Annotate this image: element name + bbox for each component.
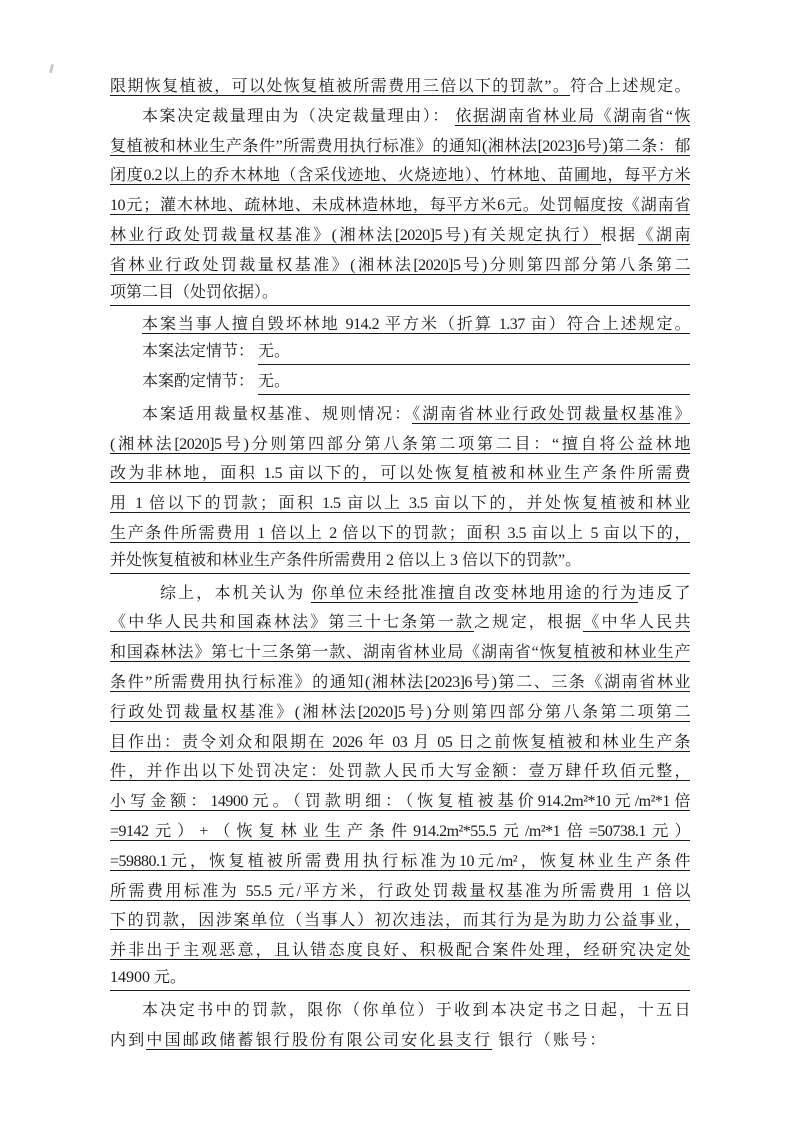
blank-underline-filler bbox=[290, 370, 690, 395]
underlined-text-segment: 下的罚款，因涉案单位（当事人）初次违法，而其行为是为助力公益事业， bbox=[110, 912, 690, 930]
text-line-33: 内到中国邮政储蓄银行股份有限公司安化县支行 银行（账号： bbox=[110, 1026, 690, 1056]
blank-underline-filler bbox=[581, 549, 690, 574]
underlined-text-segment: 《中华人民共 bbox=[583, 614, 690, 632]
text-line-25: 小写金额：14900元。（罚款明细：（恢复植被基价914.2m²*10元/m²*… bbox=[110, 787, 690, 817]
text-segment: 根据 bbox=[601, 227, 638, 244]
underlined-text-segment: 生产条件所需费用 1 倍以上 2 倍以下的罚款；面积 3.5 亩以上 5 亩以下… bbox=[110, 525, 690, 543]
underlined-text-segment: 本案当事人擅自毁坏林地 914.2 平方米（折算 1.37 亩）符合上述规定。 bbox=[142, 316, 690, 334]
underlined-text-segment: =59880.1元，恢复植被所需费用执行标准为10元/m²，恢复林业生产条件 bbox=[110, 853, 690, 871]
text-line-3: 复植被和林业生产条件”所需费用执行标准》的通知(湘林法[2023]6号)第二条：… bbox=[110, 132, 690, 162]
underlined-text-segment: =9142元）+（恢复林业生产条件914.2m²*55.5元/m²*1倍=507… bbox=[110, 823, 690, 841]
text-line-7: 省林业行政处罚裁量权基准》(湘林法[2020]5号)分则第四部分第八条第二 bbox=[110, 251, 690, 281]
underlined-text-segment: 行政处罚裁量权基准》(湘林法[2020]5号)分则第四部分第八条第二项第二 bbox=[110, 704, 690, 722]
underlined-text-segment: 《湖南省林业行政处罚裁量权基准》 bbox=[412, 406, 690, 424]
text-line-29: 下的罚款，因涉案单位（当事人）初次违法，而其行为是为助力公益事业， bbox=[110, 906, 690, 936]
text-segment: 符合上述规定。 bbox=[570, 78, 690, 95]
blank-underline-filler bbox=[186, 966, 690, 991]
text-segment: 本决定书中的罚款，限你（你单位）于收到本决定书之日起，十五日 bbox=[142, 1002, 690, 1019]
text-line-15: 用 1 倍以下的罚款；面积 1.5 亩以上 3.5 亩以下的，并处恢复植被和林业 bbox=[110, 489, 690, 519]
text-line-2: 本案决定裁量理由为（决定裁量理由）： 依据湖南省林业局《湖南省“恢 bbox=[110, 102, 690, 132]
underlined-text-segment: 闭度0.2以上的乔木林地（含采伐迹地、火烧迹地）、竹林地、苗圃地，每平方米 bbox=[110, 167, 690, 185]
text-line-8: 项第二目（处罚依据）。 bbox=[110, 281, 690, 311]
text-segment: 本案决定裁量理由为（决定裁量理由）： bbox=[142, 108, 455, 125]
underlined-text-segment: 省林业行政处罚裁量权基准》(湘林法[2020]5号)分则第四部分第八条第二 bbox=[110, 257, 690, 275]
text-line-27: =59880.1元，恢复植被所需费用执行标准为10元/m²，恢复林业生产条件 bbox=[110, 847, 690, 877]
text-segment: 违反了 bbox=[638, 585, 690, 602]
underlined-text-segment: 目作出：责令刘众和限期在 2026 年 03 月 05 日之前恢复植被和林业生产… bbox=[110, 734, 690, 752]
text-line-24: 件，并作出以下处罚决定：处罚款人民币大写金额：壹万肆仟玖佰元整， bbox=[110, 757, 690, 787]
text-line-16: 生产条件所需费用 1 倍以上 2 倍以下的罚款；面积 3.5 亩以上 5 亩以下… bbox=[110, 519, 690, 549]
underlined-text-segment: 改为非林地，面积 1.5 亩以下的，可以处恢复植被和林业生产条件所需费 bbox=[110, 465, 690, 483]
underlined-text-segment: 项第二目（处罚依据）。 bbox=[110, 281, 278, 306]
text-line-23: 目作出：责令刘众和限期在 2026 年 03 月 05 日之前恢复植被和林业生产… bbox=[110, 728, 690, 758]
underlined-text-segment: 中国邮政储蓄银行股份有限公司安化县支行 bbox=[146, 1032, 492, 1050]
text-segment: 综上，本机关认为 bbox=[160, 585, 311, 602]
text-segment: 本案酌定情节： bbox=[142, 370, 258, 394]
text-line-22: 行政处罚裁量权基准》(湘林法[2020]5号)分则第四部分第八条第二项第二 bbox=[110, 698, 690, 728]
text-line-20: 和国森林法》第七十三条第一款、湖南省林业局《湖南省“恢复植被和林业生产 bbox=[110, 638, 690, 668]
text-line-31: 14900 元。 bbox=[110, 966, 690, 996]
text-line-26: =9142元）+（恢复林业生产条件914.2m²*55.5元/m²*1倍=507… bbox=[110, 817, 690, 847]
underlined-text-segment: 条件”所需费用执行标准》的通知(湘林法[2023]6号)第二、三条《湖南省林业 bbox=[110, 674, 690, 692]
text-line-19: 《中华人民共和国森林法》第三十七条第一款之规定，根据《中华人民共 bbox=[110, 608, 690, 638]
text-line-9: 本案当事人擅自毁坏林地 914.2 平方米（折算 1.37 亩）符合上述规定。 bbox=[110, 310, 690, 340]
blank-underline-filler bbox=[278, 281, 690, 306]
text-line-1: 限期恢复植被，可以处恢复植被所需费用三倍以下的罚款”。符合上述规定。 bbox=[110, 72, 690, 102]
document-page-text: 限期恢复植被，可以处恢复植被所需费用三倍以下的罚款”。符合上述规定。本案决定裁量… bbox=[110, 72, 690, 1055]
text-line-17: 并处恢复植被和林业生产条件所需费用 2 倍以上 3 倍以下的罚款”。 bbox=[110, 549, 690, 579]
text-segment: 本案法定情节： bbox=[142, 340, 258, 364]
underlined-text-segment: 并处恢复植被和林业生产条件所需费用 2 倍以上 3 倍以下的罚款”。 bbox=[110, 549, 581, 574]
underlined-text-segment: 你单位未经批准擅自改变林地用途的行为 bbox=[311, 585, 638, 603]
text-line-6: 林业行政处罚裁量权基准》(湘林法[2020]5号)有关规定执行）根据《湖南 bbox=[110, 221, 690, 251]
text-segment: 本案适用裁量权基准、规则情况： bbox=[142, 406, 412, 423]
underlined-text-segment: 无。 bbox=[258, 370, 290, 395]
underlined-text-segment: 并非出于主观恶意，且认错态度良好、积极配合案件处理，经研究决定处 bbox=[110, 942, 690, 960]
text-line-18: 综上，本机关认为 你单位未经批准擅自改变林地用途的行为违反了 bbox=[110, 579, 690, 609]
underlined-text-segment: 用 1 倍以下的罚款；面积 1.5 亩以上 3.5 亩以下的，并处恢复植被和林业 bbox=[110, 495, 690, 513]
underlined-text-segment: 无。 bbox=[258, 340, 290, 365]
underlined-text-segment: (湘林法[2020]5号)分则第四部分第八条第二项第二目：“擅自将公益林地 bbox=[110, 436, 690, 454]
underlined-text-segment: 林业行政处罚裁量权基准》(湘林法[2020]5号)有关规定执行） bbox=[110, 227, 601, 245]
underlined-text-segment: 件，并作出以下处罚决定：处罚款人民币大写金额：壹万肆仟玖佰元整， bbox=[110, 763, 690, 781]
text-segment: 之规定，根据 bbox=[474, 614, 583, 631]
underlined-text-segment: 限期恢复植被，可以处恢复植被所需费用三倍以下的罚款”。 bbox=[110, 78, 570, 96]
scan-speck-artifact bbox=[49, 64, 54, 73]
underlined-text-segment: 《中华人民共和国森林法》第三十七条第一款 bbox=[110, 614, 474, 632]
underlined-text-segment: 小写金额：14900元。（罚款明细：（恢复植被基价914.2m²*10元/m²*… bbox=[110, 793, 690, 811]
text-line-12: 本案适用裁量权基准、规则情况：《湖南省林业行政处罚裁量权基准》 bbox=[110, 400, 690, 430]
text-line-32: 本决定书中的罚款，限你（你单位）于收到本决定书之日起，十五日 bbox=[110, 996, 690, 1026]
text-segment: 银行（账号： bbox=[492, 1032, 607, 1049]
text-line-11: 本案酌定情节： 无。 bbox=[110, 370, 690, 400]
text-line-10: 本案法定情节： 无。 bbox=[110, 340, 690, 370]
text-line-21: 条件”所需费用执行标准》的通知(湘林法[2023]6号)第二、三条《湖南省林业 bbox=[110, 668, 690, 698]
text-line-5: 10元；灌木林地、疏林地、未成林造林地，每平方米6元。处罚幅度按《湖南省 bbox=[110, 191, 690, 221]
underlined-text-segment: 和国森林法》第七十三条第一款、湖南省林业局《湖南省“恢复植被和林业生产 bbox=[110, 644, 690, 662]
text-line-14: 改为非林地，面积 1.5 亩以下的，可以处恢复植被和林业生产条件所需费 bbox=[110, 459, 690, 489]
underlined-text-segment: 10元；灌木林地、疏林地、未成林造林地，每平方米6元。处罚幅度按《湖南省 bbox=[110, 197, 690, 215]
blank-underline-filler bbox=[290, 340, 690, 365]
underlined-text-segment: 复植被和林业生产条件”所需费用执行标准》的通知(湘林法[2023]6号)第二条：… bbox=[110, 138, 690, 156]
underlined-text-segment: 《湖南 bbox=[638, 227, 690, 245]
underlined-text-segment: 依据湖南省林业局《湖南省“恢 bbox=[455, 108, 690, 126]
text-line-28: 所需费用标准为 55.5 元/平方米，行政处罚裁量权基准为所需费用 1 倍以 bbox=[110, 877, 690, 907]
text-line-13: (湘林法[2020]5号)分则第四部分第八条第二项第二目：“擅自将公益林地 bbox=[110, 430, 690, 460]
text-line-30: 并非出于主观恶意，且认错态度良好、积极配合案件处理，经研究决定处 bbox=[110, 936, 690, 966]
text-segment: 内到 bbox=[110, 1032, 146, 1049]
underlined-text-segment: 所需费用标准为 55.5 元/平方米，行政处罚裁量权基准为所需费用 1 倍以 bbox=[110, 883, 690, 901]
text-line-4: 闭度0.2以上的乔木林地（含采伐迹地、火烧迹地）、竹林地、苗圃地，每平方米 bbox=[110, 161, 690, 191]
underlined-text-segment: 14900 元。 bbox=[110, 966, 186, 991]
